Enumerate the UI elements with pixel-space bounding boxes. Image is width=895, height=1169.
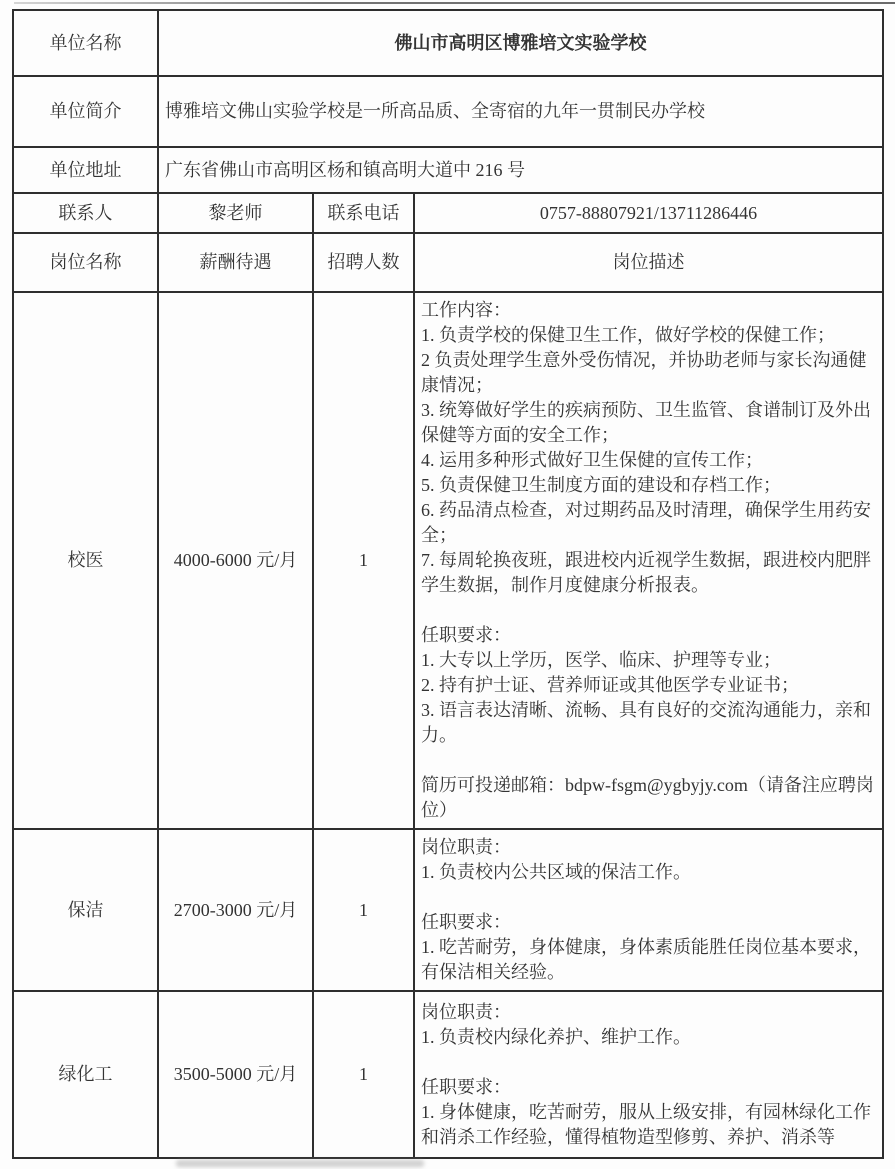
unit-address-row: 单位地址 广东省佛山市高明区杨和镇高明大道中 216 号 xyxy=(13,147,883,193)
job-salary: 2700-3000 元/月 xyxy=(158,829,313,991)
cropped-bottom-content-artifact xyxy=(176,1160,424,1167)
unit-name-label: 单位名称 xyxy=(13,10,158,76)
job-row-cleaner: 保洁 2700-3000 元/月 1 岗位职责： 1. 负责校内公共区域的保洁工… xyxy=(13,829,883,991)
jobs-header-row: 岗位名称 薪酬待遇 招聘人数 岗位描述 xyxy=(13,233,883,292)
header-description: 岗位描述 xyxy=(414,233,883,292)
job-description: 岗位职责： 1. 负责校内公共区域的保洁工作。 任职要求： 1. 吃苦耐劳，身体… xyxy=(414,829,883,991)
cropped-top-border-artifact xyxy=(14,2,895,4)
unit-name-row: 单位名称 佛山市高明区博雅培文实验学校 xyxy=(13,10,883,76)
unit-intro-row: 单位简介 博雅培文佛山实验学校是一所高品质、全寄宿的九年一贯制民办学校 xyxy=(13,76,883,147)
unit-address-label: 单位地址 xyxy=(13,147,158,193)
job-title: 保洁 xyxy=(13,829,158,991)
job-description: 工作内容： 1. 负责学校的保健卫生工作，做好学校的保健工作； 2 负责处理学生… xyxy=(414,292,883,829)
job-title: 绿化工 xyxy=(13,991,158,1158)
unit-address-value: 广东省佛山市高明区杨和镇高明大道中 216 号 xyxy=(158,147,883,193)
job-count: 1 xyxy=(313,292,414,829)
job-row-gardener: 绿化工 3500-5000 元/月 1 岗位职责： 1. 负责校内绿化养护、维护… xyxy=(13,991,883,1158)
contact-row: 联系人 黎老师 联系电话 0757-88807921/13711286446 xyxy=(13,193,883,233)
job-row-school-doctor: 校医 4000-6000 元/月 1 工作内容： 1. 负责学校的保健卫生工作，… xyxy=(13,292,883,829)
header-salary: 薪酬待遇 xyxy=(158,233,313,292)
recruitment-table: 单位名称 佛山市高明区博雅培文实验学校 单位简介 博雅培文佛山实验学校是一所高品… xyxy=(12,9,884,1159)
job-salary: 3500-5000 元/月 xyxy=(158,991,313,1158)
job-count: 1 xyxy=(313,829,414,991)
job-count: 1 xyxy=(313,991,414,1158)
header-count: 招聘人数 xyxy=(313,233,414,292)
unit-intro-value: 博雅培文佛山实验学校是一所高品质、全寄宿的九年一贯制民办学校 xyxy=(158,76,883,147)
unit-name-value: 佛山市高明区博雅培文实验学校 xyxy=(158,10,883,76)
contact-phone-label: 联系电话 xyxy=(313,193,414,233)
contact-name: 黎老师 xyxy=(158,193,313,233)
contact-phone-value: 0757-88807921/13711286446 xyxy=(414,193,883,233)
unit-intro-label: 单位简介 xyxy=(13,76,158,147)
job-title: 校医 xyxy=(13,292,158,829)
job-salary: 4000-6000 元/月 xyxy=(158,292,313,829)
header-job-name: 岗位名称 xyxy=(13,233,158,292)
job-description: 岗位职责： 1. 负责校内绿化养护、维护工作。 任职要求： 1. 身体健康，吃苦… xyxy=(414,991,883,1158)
contact-label: 联系人 xyxy=(13,193,158,233)
